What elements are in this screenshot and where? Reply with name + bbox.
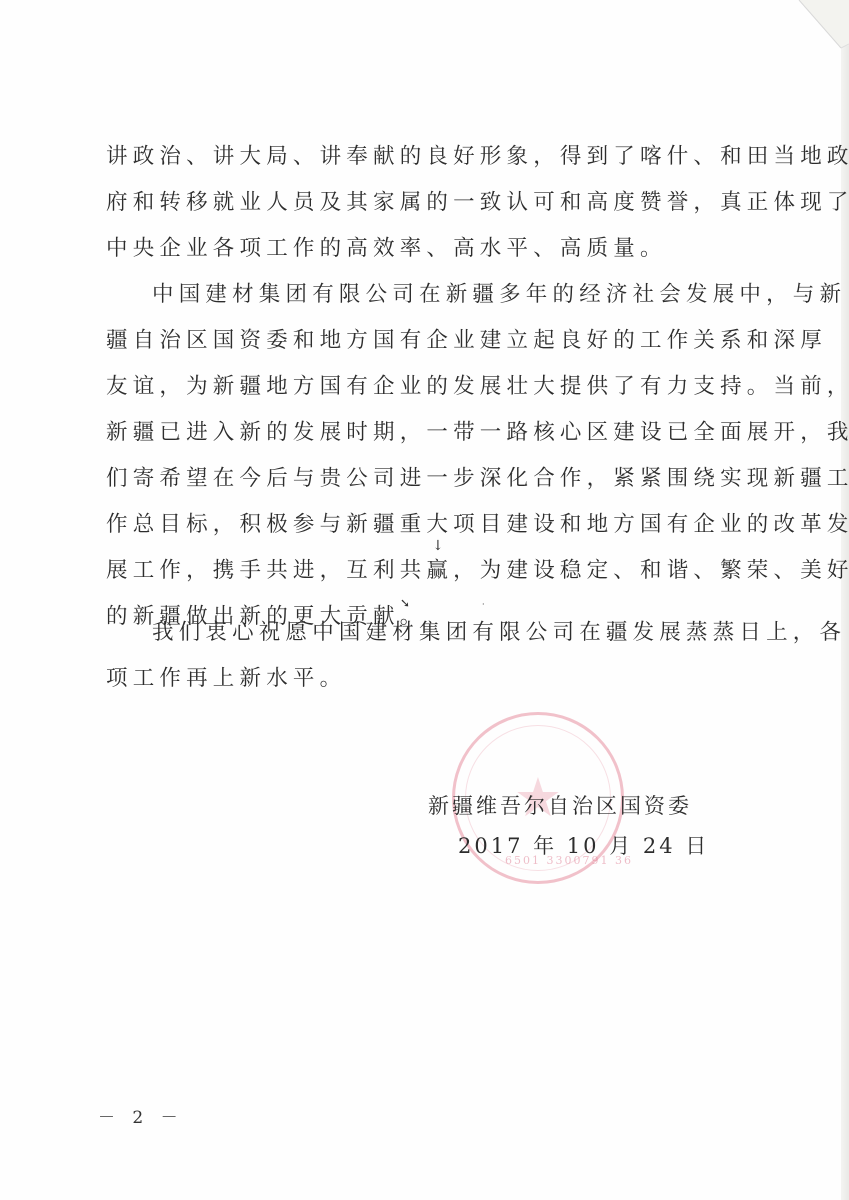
text-line: 们寄希望在今后与贵公司进一步深化合作，紧紧围绕实现新疆工: [106, 468, 849, 490]
folded-corner: [729, 0, 849, 60]
pen-mark: ↓: [432, 538, 444, 554]
text-line: 我们衷心祝愿中国建材集团有限公司在疆发展蒸蒸日上，各: [152, 622, 846, 644]
text-line: 府和转移就业人员及其家属的一致认可和高度赞誉，真正体现了: [106, 192, 849, 214]
text-line: 作总目标，积极参与新疆重大项目建设和地方国有企业的改革发: [106, 514, 849, 536]
pen-mark: ·: [482, 600, 485, 609]
text-line: 讲政治、讲大局、讲奉献的良好形象，得到了喀什、和田当地政: [106, 146, 849, 168]
page-number: － 2 －: [98, 1103, 184, 1128]
text-line: 中央企业各项工作的高效率、高水平、高质量。: [106, 238, 667, 260]
pen-mark: ➘: [400, 596, 410, 610]
signature-organization: 新疆维吾尔自治区国资委: [428, 790, 692, 820]
text-line: 中国建材集团有限公司在新疆多年的经济社会发展中，与新: [152, 284, 846, 306]
text-line: 友谊，为新疆地方国有企业的发展壮大提供了有力支持。当前，: [106, 376, 849, 398]
text-line: 新疆已进入新的发展时期，一带一路核心区建设已全面展开，我: [106, 422, 849, 444]
signature-date: 2017 年 10 月 24 日: [458, 830, 709, 860]
text-line: 项工作再上新水平。: [106, 668, 346, 690]
text-line: 展工作，携手共进，互利共赢，为建设稳定、和谐、繁荣、美好: [106, 560, 849, 582]
text-line: 疆自治区国资委和地方国有企业建立起良好的工作关系和深厚: [106, 330, 827, 352]
document-page: 讲政治、讲大局、讲奉献的良好形象，得到了喀什、和田当地政 府和转移就业人员及其家…: [0, 0, 849, 1200]
